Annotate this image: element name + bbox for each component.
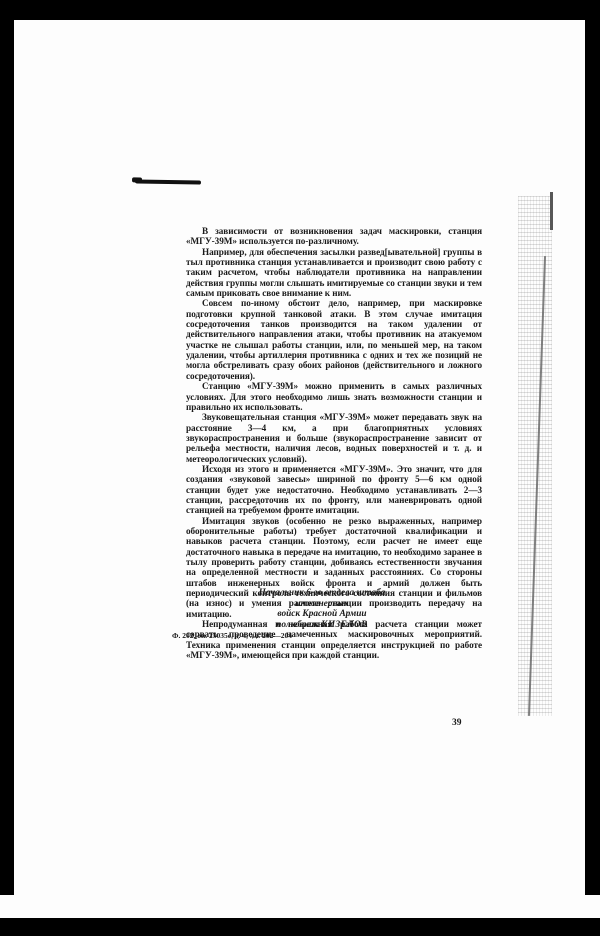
signature-title-line2: войск Красной Армии (232, 609, 412, 620)
signature-title-line1: Начальник 6-го отдела штаба инженерных (232, 588, 412, 609)
paragraph: Например, для обеспечения засылки развед… (186, 247, 482, 299)
binding-edge-mark (550, 192, 553, 230)
paragraph: Станцию «МГУ-39М» можно применить в самы… (186, 381, 482, 412)
page-bottom-margin (0, 895, 600, 918)
signature-block: Начальник 6-го отдела штаба инженерных в… (232, 588, 412, 630)
paragraph: В зависимости от возникновения задач мас… (186, 226, 482, 247)
paragraph: Исходя из этого и применяется «МГУ-39М».… (186, 464, 482, 516)
paragraph: Совсем по-иному обстоит дело, например, … (186, 298, 482, 381)
signature-name-line: полковник КИЗЕЛОВ (232, 620, 412, 631)
signature-name: КИЗЕЛОВ (321, 620, 368, 630)
page-number: 39 (452, 718, 462, 728)
scan-border-right (585, 20, 600, 895)
signature-rank: полковник (276, 620, 319, 630)
binding-edge-line (528, 256, 546, 716)
adjacent-page-bleed (518, 196, 552, 716)
archive-reference: Ф. 202, оп. 25035с, д. 4, лл. 202—204 (172, 631, 292, 640)
paragraph: Звуковещательная станция «МГУ-39М» может… (186, 412, 482, 464)
